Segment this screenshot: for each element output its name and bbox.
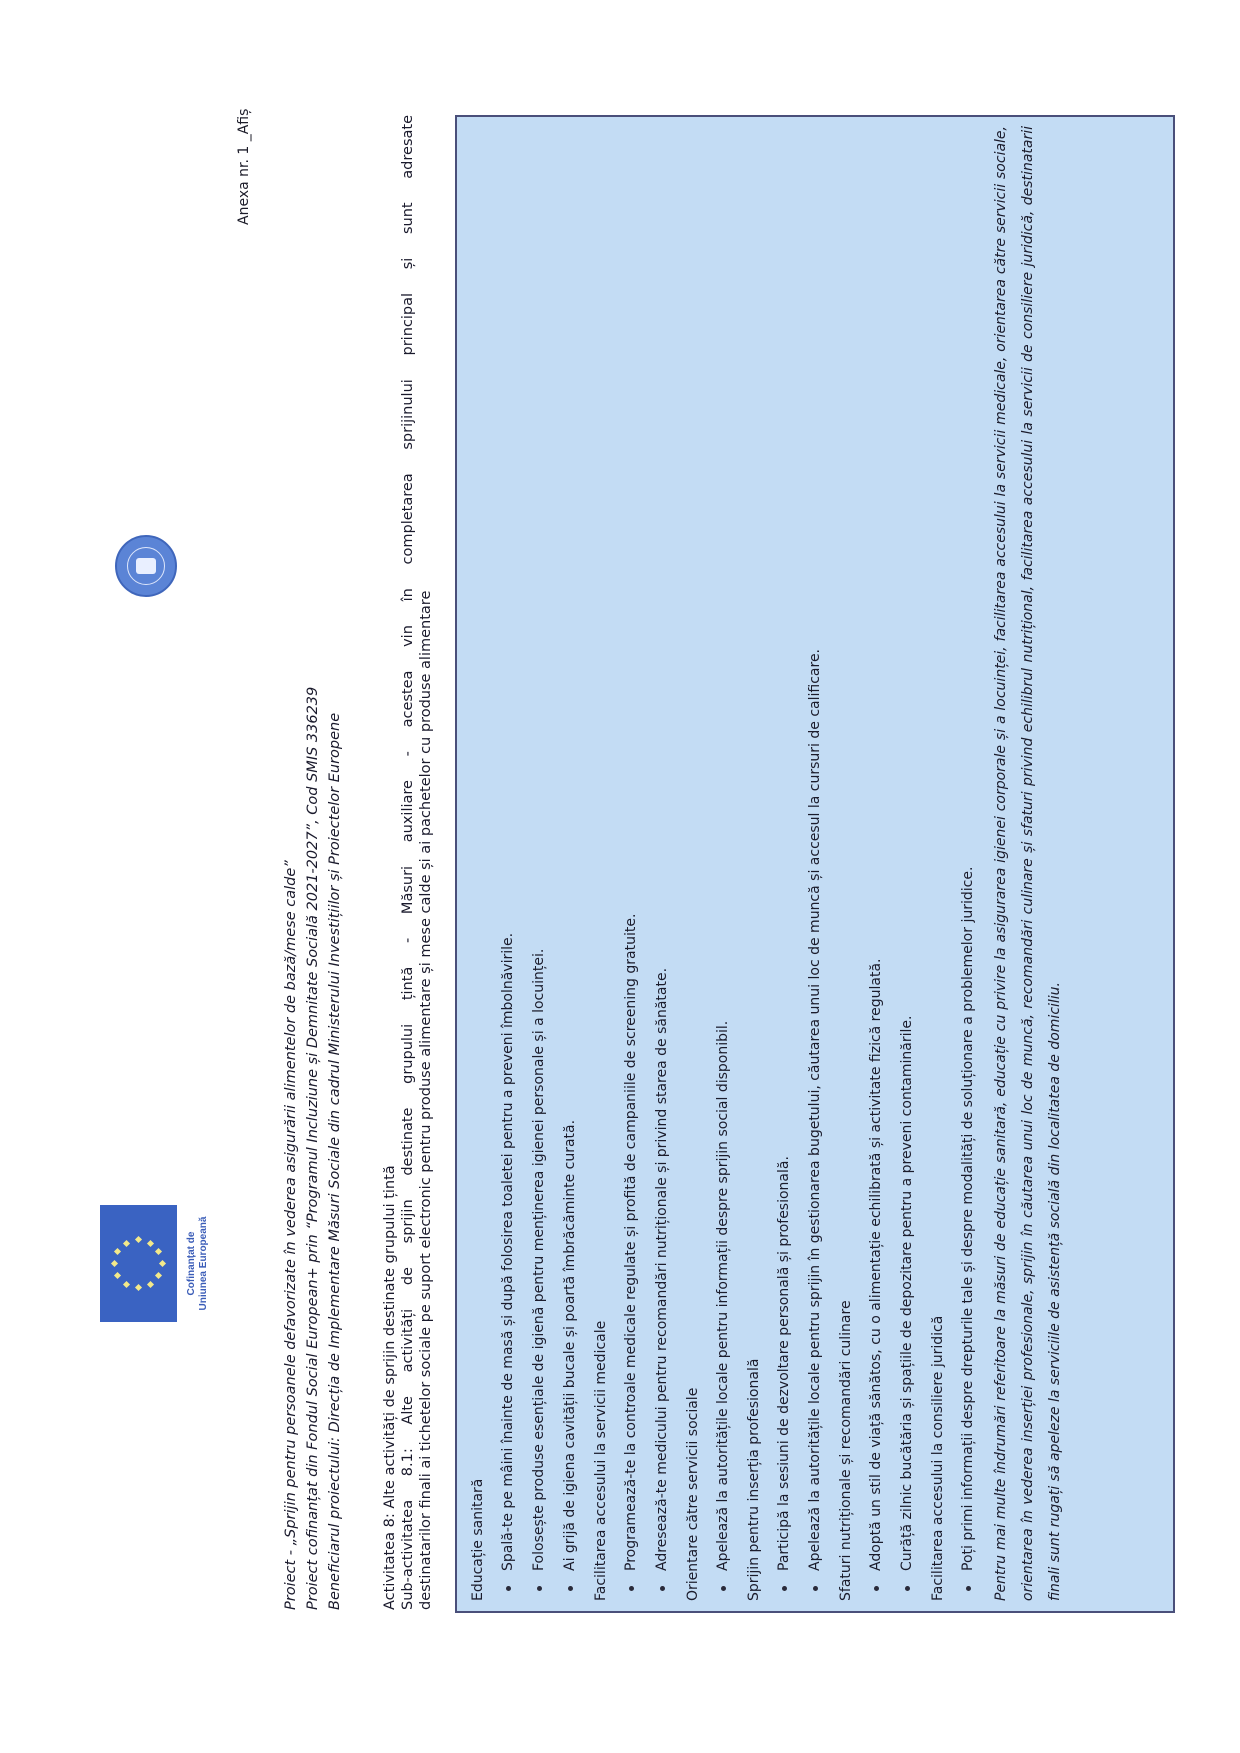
- eu-star-icon: [134, 1236, 141, 1243]
- list-item-text: Folosește produse esențiale de igienă pe…: [531, 949, 547, 1571]
- eu-star-icon: [122, 1281, 129, 1288]
- section-title: Sprijin pentru inserția profesională: [739, 127, 769, 1601]
- section-title: Sfaturi nutriționale și recomandări culi…: [831, 127, 861, 1601]
- eu-caption-line1: Cofinanțat de: [186, 1196, 198, 1331]
- eu-star-icon: [122, 1240, 129, 1247]
- section-title: Orientare către servicii sociale: [678, 127, 708, 1601]
- project-funding: Proiect cofinanțat din Fondul Social Eur…: [302, 687, 324, 1610]
- annex-label: Anexa nr. 1 _Afiș: [236, 109, 252, 225]
- bullet-icon: [874, 1586, 879, 1591]
- section-title: Facilitarea accesului la consiliere juri…: [923, 127, 953, 1601]
- romanian-government-seal-icon: [115, 535, 177, 597]
- list-item: Curăță zilnic bucătăria și spațiile de d…: [892, 127, 923, 1601]
- bullet-icon: [782, 1586, 787, 1591]
- bullet-icon: [629, 1586, 634, 1591]
- list-item: Folosește produse esențiale de igienă pe…: [524, 127, 555, 1601]
- info-sections: Educație sanitarăSpală-te pe mâini înain…: [463, 127, 984, 1601]
- section-title: Educație sanitară: [463, 127, 493, 1601]
- list-item-text: Adresează-te medicului pentru recomandăr…: [654, 968, 670, 1571]
- list-item-text: Poți primi informații despre drepturile …: [960, 867, 976, 1571]
- list-item-text: Spală-te pe mâini înainte de masă și dup…: [500, 933, 516, 1571]
- project-beneficiary: Beneficiarul proiectului: Direcția de Im…: [324, 687, 346, 1610]
- coat-of-arms-icon: [136, 558, 156, 574]
- bullet-icon: [966, 1586, 971, 1591]
- sub-activity-line1: Sub-activitatea 8.1: Alte activități de …: [399, 115, 417, 1610]
- eu-cofinancing-caption: Cofinanțat de Uniunea Europeană: [186, 1196, 210, 1331]
- section-title: Facilitarea accesului la servicii medica…: [586, 127, 616, 1601]
- project-title: Proiect - „Sprijin pentru persoanele def…: [280, 687, 302, 1610]
- eu-flag-icon: [100, 1205, 177, 1322]
- list-item-text: Curăță zilnic bucătăria și spațiile de d…: [899, 1016, 915, 1571]
- bullet-icon: [721, 1586, 726, 1591]
- eu-star-icon: [146, 1281, 153, 1288]
- bullet-icon: [813, 1586, 818, 1591]
- eu-star-icon: [134, 1284, 141, 1291]
- eu-star-icon: [155, 1272, 162, 1279]
- sub-activity-line2: destinatarilor finali ai tichetelor soci…: [417, 115, 435, 1610]
- list-item: Adoptă un stil de viață sănătos, cu o al…: [861, 127, 892, 1601]
- list-item: Apelează la autoritățile locale pentru i…: [708, 127, 739, 1601]
- list-item: Adresează-te medicului pentru recomandăr…: [647, 127, 678, 1601]
- eu-star-icon: [146, 1240, 153, 1247]
- closing-note: Pentru mai multe îndrumări referitoare l…: [988, 126, 1069, 1601]
- bullet-icon: [506, 1586, 511, 1591]
- list-item-text: Ai grijă de igiena cavității bucale și p…: [562, 1120, 578, 1571]
- list-item: Ai grijă de igiena cavității bucale și p…: [555, 127, 586, 1601]
- list-item-text: Apelează la autoritățile locale pentru i…: [715, 1021, 731, 1571]
- document-page: Cofinanțat de Uniunea Europeană Anexa nr…: [0, 0, 1240, 1753]
- bullet-icon: [568, 1586, 573, 1591]
- bullet-icon: [660, 1586, 665, 1591]
- eu-star-icon: [114, 1272, 121, 1279]
- list-item: Poți primi informații despre drepturile …: [953, 127, 984, 1601]
- list-item: Participă la sesiuni de dezvoltare perso…: [769, 127, 800, 1601]
- list-item-text: Programează-te la controale medicale reg…: [623, 914, 639, 1571]
- list-item: Programează-te la controale medicale reg…: [616, 127, 647, 1601]
- bullet-icon: [905, 1586, 910, 1591]
- eu-star-icon: [155, 1248, 162, 1255]
- bullet-icon: [537, 1586, 542, 1591]
- activity-info: Activitatea 8: Alte activități de spriji…: [381, 115, 435, 1610]
- list-item: Apelează la autoritățile locale pentru s…: [800, 127, 831, 1601]
- eu-star-icon: [158, 1260, 165, 1267]
- eu-star-icon: [110, 1260, 117, 1267]
- eu-caption-line2: Uniunea Europeană: [198, 1196, 210, 1331]
- project-info: Proiect - „Sprijin pentru persoanele def…: [280, 687, 346, 1610]
- list-item-text: Participă la sesiuni de dezvoltare perso…: [776, 1156, 792, 1571]
- list-item-text: Adoptă un stil de viață sănătos, cu o al…: [868, 959, 884, 1572]
- info-box: Educație sanitarăSpală-te pe mâini înain…: [455, 115, 1175, 1613]
- list-item: Spală-te pe mâini înainte de masă și dup…: [493, 127, 524, 1601]
- list-item-text: Apelează la autoritățile locale pentru s…: [807, 649, 823, 1571]
- eu-star-icon: [114, 1248, 121, 1255]
- activity-title: Activitatea 8: Alte activități de spriji…: [381, 115, 399, 1610]
